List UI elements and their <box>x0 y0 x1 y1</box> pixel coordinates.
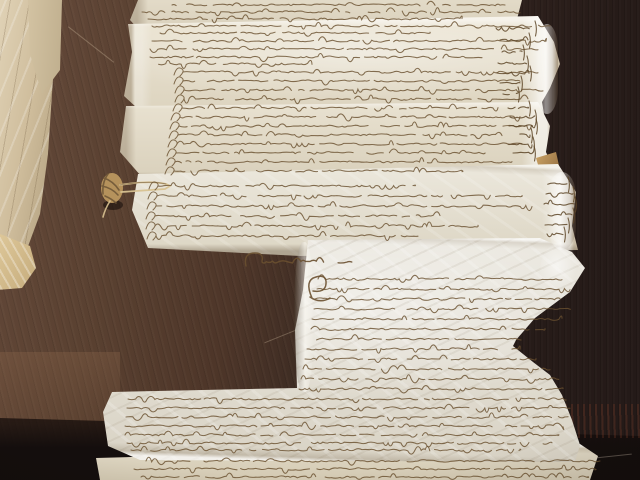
wood-highlight <box>0 352 120 422</box>
manuscript-photo <box>0 0 640 480</box>
